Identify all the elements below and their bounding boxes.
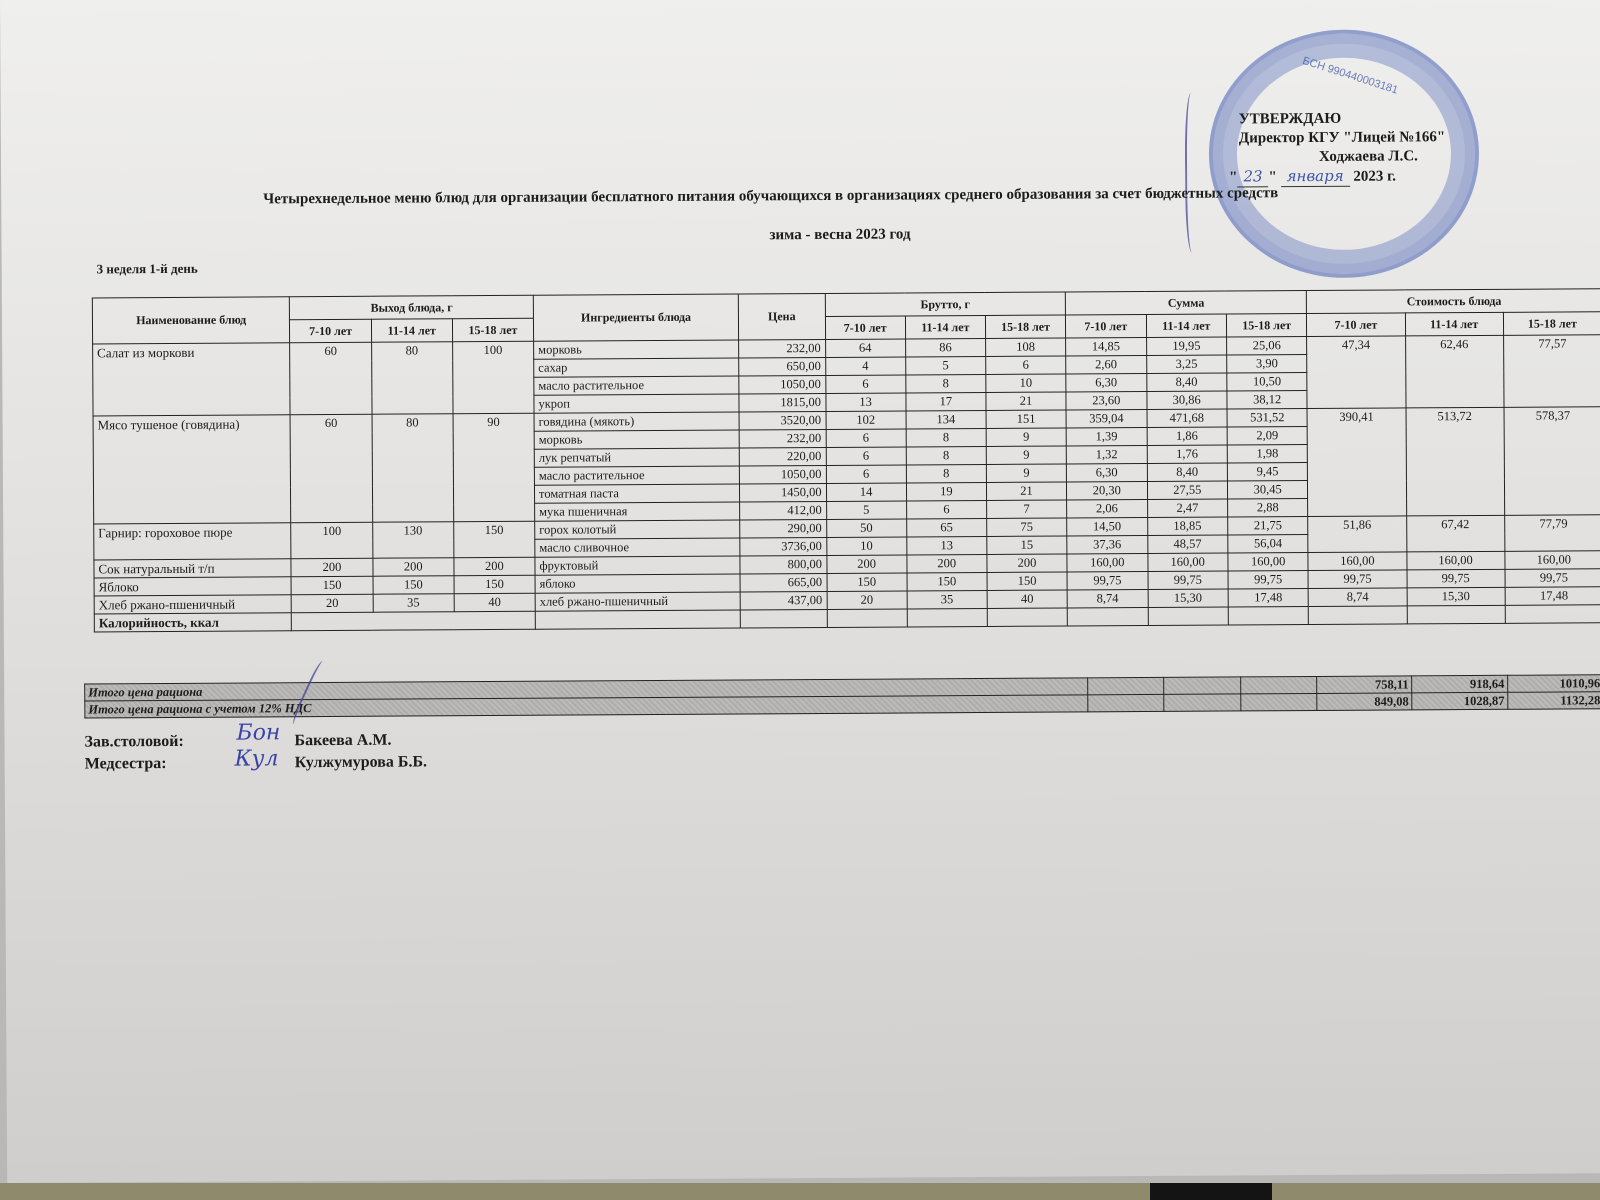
ingredient-gross: 15: [987, 536, 1067, 554]
ingredient-gross: 150: [907, 572, 987, 590]
totals-value: 849,08: [1317, 693, 1412, 711]
ingredient-gross: 150: [827, 573, 907, 591]
ingredient-name: говядина (мякоть): [534, 412, 739, 431]
ingredient-gross: 6: [906, 500, 986, 518]
ingredient-gross: 4: [825, 357, 905, 375]
dish-cost: 17,48: [1505, 587, 1600, 606]
ingredient-gross: 200: [907, 554, 987, 572]
totals-blank: [1241, 693, 1317, 710]
dish-yield: 130: [372, 522, 453, 558]
dish-cost: 99,75: [1308, 570, 1406, 589]
dish-name: Яблоко: [94, 577, 292, 596]
ingredient-sum: 1,86: [1147, 427, 1228, 445]
ingredient-sum: 1,76: [1147, 445, 1228, 463]
totals-value: 1028,87: [1412, 692, 1508, 710]
dish-cost: 160,00: [1308, 552, 1406, 571]
header-sum: Сумма: [1065, 291, 1306, 315]
calorie-blank: [1407, 605, 1505, 624]
dish-cost: 578,37: [1504, 407, 1600, 516]
dish-cost: 51,86: [1308, 516, 1406, 553]
ingredient-sum: 15,30: [1148, 589, 1229, 607]
ingredient-price: 232,00: [739, 339, 826, 358]
dark-object: [1150, 1183, 1272, 1200]
ingredient-sum: 21,75: [1228, 517, 1309, 535]
ingredient-sum: 2,09: [1227, 427, 1308, 445]
ingredient-sum: 2,60: [1066, 356, 1147, 374]
totals-value: 1010,96: [1508, 675, 1600, 693]
ingredient-sum: 14,85: [1066, 338, 1147, 356]
approval-date-year: 2023 г.: [1353, 168, 1396, 184]
dish-yield: 100: [452, 341, 534, 413]
header-price: Цена: [738, 293, 825, 340]
ingredient-gross: 19: [906, 482, 986, 500]
ingredient-name: масло растительное: [534, 466, 739, 485]
ingredient-sum: 18,85: [1147, 517, 1228, 535]
ingredient-sum: 99,75: [1228, 571, 1309, 589]
ingredient-price: 650,00: [739, 357, 826, 376]
dish-cost: 77,57: [1503, 335, 1600, 408]
dish-cost: 15,30: [1407, 587, 1505, 606]
ingredient-gross: 200: [826, 555, 906, 573]
ingredient-price: 437,00: [740, 591, 827, 610]
ingredient-gross: 75: [987, 518, 1067, 536]
director-signature: [1185, 93, 1202, 253]
ingredient-gross: 6: [826, 447, 906, 465]
approval-date: "23" января 2023 г.: [1229, 166, 1445, 187]
dish-cost: 47,34: [1307, 336, 1406, 409]
dish-yield: 90: [453, 413, 535, 521]
ingredient-sum: 56,04: [1228, 535, 1309, 553]
dish-yield: 80: [372, 414, 454, 522]
header-sum-age-2: 15-18 лет: [1226, 314, 1307, 337]
calorie-blank: [740, 609, 827, 628]
ingredient-price: 220,00: [739, 447, 826, 466]
ingredient-sum: 1,32: [1066, 446, 1147, 464]
ingredient-price: 3520,00: [739, 411, 826, 430]
ingredient-gross: 10: [826, 537, 906, 555]
dish-yield: 60: [290, 342, 372, 414]
calorie-blank: [1505, 605, 1600, 624]
ingredient-sum: 17,48: [1228, 589, 1309, 607]
ingredient-price: 1450,00: [740, 483, 827, 502]
ingredient-sum: 471,68: [1147, 409, 1228, 427]
ingredient-gross: 6: [826, 465, 906, 483]
background-surface: [0, 1183, 1600, 1200]
ingredient-gross: 10: [986, 374, 1066, 392]
dish-yield: 40: [454, 593, 535, 611]
ingredient-name: хлеб ржано-пшеничный: [535, 592, 740, 611]
dish-yield: 150: [454, 575, 535, 593]
document-title: Четырехнедельное меню блюд для организац…: [263, 185, 1278, 208]
ingredient-sum: 531,52: [1227, 409, 1308, 427]
ingredient-gross: 6: [825, 375, 905, 393]
totals-value: 1132,28: [1508, 692, 1600, 710]
ingredient-sum: 23,60: [1066, 392, 1147, 410]
calorie-blank: [1228, 607, 1309, 625]
ingredient-gross: 102: [826, 411, 906, 429]
ingredient-price: 1050,00: [739, 465, 826, 484]
ingredient-gross: 40: [987, 590, 1067, 608]
dish-cost: 77,79: [1504, 515, 1600, 552]
ingredient-sum: 8,40: [1146, 373, 1227, 391]
nurse-signature: Кул: [235, 746, 279, 771]
dish-name: Гарнир: гороховое пюре: [94, 523, 292, 560]
ingredient-price: 1050,00: [739, 375, 826, 394]
header-yield-age-1: 11-14 лет: [371, 319, 452, 342]
ingredient-name: масло растительное: [534, 376, 739, 395]
ingredient-name: морковь: [534, 340, 739, 359]
header-cost-age-0: 7-10 лет: [1307, 313, 1405, 337]
ingredient-sum: 48,57: [1147, 535, 1228, 553]
ingredient-gross: 8: [906, 464, 986, 482]
ingredient-gross: 9: [986, 446, 1066, 464]
ingredient-gross: 8: [906, 428, 986, 446]
ingredient-gross: 64: [825, 339, 905, 357]
dish-cost: 62,46: [1405, 335, 1504, 408]
ingredient-sum: 37,36: [1067, 536, 1148, 554]
ingredient-gross: 86: [905, 338, 985, 356]
ingredient-sum: 1,98: [1227, 445, 1308, 463]
dish-yield: 80: [371, 342, 453, 414]
dish-yield: 200: [454, 557, 535, 575]
ingredient-gross: 65: [906, 518, 986, 536]
signature-name: Кулжумурова Б.Б.: [295, 751, 428, 774]
ingredient-sum: 3,25: [1146, 355, 1227, 373]
ingredient-gross: 6: [986, 356, 1066, 374]
signature-name: Бакеева А.М.: [294, 730, 391, 753]
header-sum-age-0: 7-10 лет: [1066, 315, 1147, 338]
ingredient-sum: 38,12: [1227, 391, 1308, 409]
dish-cost: 513,72: [1406, 407, 1505, 516]
header-sum-age-1: 11-14 лет: [1146, 314, 1227, 337]
calorie-blank: [1309, 606, 1407, 625]
totals-blank: [1088, 677, 1164, 694]
totals-blank: [1164, 694, 1240, 711]
ingredient-sum: 160,00: [1147, 553, 1228, 571]
document-subtitle: зима - весна 2023 год: [769, 226, 910, 244]
approval-position: Директор КГУ "Лицей №166": [1239, 128, 1445, 148]
ingredient-gross: 50: [826, 519, 906, 537]
ingredient-name: масло сливочное: [535, 538, 740, 557]
ingredient-sum: 8,74: [1067, 590, 1148, 608]
dish-cost: 99,75: [1407, 569, 1505, 588]
header-gross: Брутто, г: [825, 292, 1066, 316]
ingredient-gross: 35: [907, 590, 987, 608]
ingredient-gross: 14: [826, 483, 906, 501]
ingredient-sum: 9,45: [1227, 463, 1308, 481]
dish-yield: 150: [373, 576, 454, 594]
ingredient-gross: 21: [986, 482, 1066, 500]
ingredient-sum: 6,30: [1066, 374, 1147, 392]
totals-blank: [1088, 694, 1164, 711]
ingredient-name: укроп: [534, 394, 739, 413]
ingredient-price: 800,00: [740, 555, 827, 574]
ingredient-gross: 17: [906, 392, 986, 410]
ingredient-gross: 13: [907, 536, 987, 554]
ingredient-gross: 9: [986, 428, 1066, 446]
dish-cost: 160,00: [1505, 551, 1600, 570]
ingredient-price: 1815,00: [739, 393, 826, 412]
calorie-blank: [987, 608, 1067, 626]
dish-cost: 67,42: [1406, 515, 1504, 552]
menu-table: Наименование блюд Выход блюда, г Ингреди…: [92, 288, 1600, 632]
header-gross-age-0: 7-10 лет: [825, 316, 905, 339]
ingredient-price: 232,00: [739, 429, 826, 448]
ingredient-sum: 27,55: [1147, 481, 1228, 499]
ingredient-gross: 151: [986, 410, 1066, 428]
ingredient-sum: 14,50: [1067, 518, 1148, 536]
ingredient-price: 3736,00: [740, 537, 827, 556]
ingredient-sum: 3,90: [1227, 355, 1308, 373]
ingredient-name: томатная паста: [534, 484, 739, 503]
ingredient-gross: 6: [826, 429, 906, 447]
header-cost-age-1: 11-14 лет: [1405, 312, 1503, 336]
ingredient-sum: 8,40: [1147, 463, 1228, 481]
ingredient-gross: 20: [827, 591, 907, 609]
dish-cost: 99,75: [1505, 569, 1600, 588]
dish-name: Сок натуральный т/п: [94, 559, 292, 578]
dish-yield: 200: [373, 558, 454, 576]
ingredient-sum: 19,95: [1146, 337, 1227, 355]
ingredient-name: сахар: [534, 358, 739, 377]
week-day-label: 3 неделя 1-й день: [97, 261, 198, 278]
calorie-blank: [1148, 607, 1229, 625]
ingredient-sum: 10,50: [1227, 373, 1308, 391]
dish-yield: 150: [291, 576, 372, 594]
ingredient-sum: 99,75: [1148, 571, 1229, 589]
ingredient-sum: 1,39: [1066, 428, 1147, 446]
ingredient-gross: 21: [986, 392, 1066, 410]
dish-yield: 100: [291, 522, 372, 558]
ingredient-sum: 2,06: [1067, 500, 1148, 518]
ingredient-gross: 108: [986, 338, 1066, 356]
header-yield-age-2: 15-18 лет: [452, 318, 533, 341]
dish-cost: 8,74: [1308, 588, 1406, 607]
document-page: БСН 990440003181 УТВЕРЖДАЮ Директор КГУ …: [0, 0, 1600, 1183]
ingredient-gross: 200: [987, 554, 1067, 572]
dish-name: Хлеб ржано-пшеничный: [94, 595, 292, 614]
ingredient-name: мука пшеничная: [535, 502, 740, 521]
ingredient-sum: 6,30: [1066, 464, 1147, 482]
dish-yield: 150: [454, 521, 535, 557]
ingredient-sum: 2,88: [1228, 499, 1309, 517]
totals-value: 758,11: [1317, 676, 1412, 694]
calorie-blank: [827, 609, 907, 627]
ingredient-name: лук репчатый: [534, 448, 739, 467]
totals-blank: [1240, 676, 1316, 693]
ingredient-name: морковь: [534, 430, 739, 449]
ingredient-price: 290,00: [740, 519, 827, 538]
ingredient-gross: 5: [905, 356, 985, 374]
header-gross-age-1: 11-14 лет: [905, 315, 985, 338]
calorie-label: Калорийность, ккал: [94, 613, 292, 632]
ingredient-gross: 134: [906, 410, 986, 428]
approval-block: УТВЕРЖДАЮ Директор КГУ "Лицей №166" Ходж…: [1239, 109, 1446, 187]
dish-cost: 390,41: [1307, 408, 1406, 517]
ingredient-sum: 359,04: [1066, 410, 1147, 428]
header-cost-age-2: 15-18 лет: [1503, 312, 1600, 336]
dish-name: Салат из моркови: [93, 343, 291, 416]
dish-yield: 200: [291, 558, 372, 576]
totals-blank: [1164, 677, 1240, 694]
approval-name: Ходжаева Л.С.: [1319, 147, 1445, 167]
ingredient-sum: 20,30: [1067, 482, 1148, 500]
ingredient-name: яблоко: [535, 574, 740, 593]
header-dish-name: Наименование блюд: [92, 297, 290, 344]
header-ingredients: Ингредиенты блюда: [533, 294, 738, 341]
menu-table-body: Салат из моркови6080100морковь232,006486…: [93, 335, 1600, 632]
ingredient-sum: 160,00: [1228, 553, 1309, 571]
dish-cost: 160,00: [1406, 551, 1504, 570]
ingredient-gross: 8: [906, 446, 986, 464]
ingredient-sum: 99,75: [1067, 572, 1148, 590]
calorie-blank: [535, 610, 740, 629]
ingredient-gross: 9: [986, 464, 1066, 482]
ingredient-name: фруктовый: [535, 556, 740, 575]
header-gross-age-2: 15-18 лет: [985, 315, 1065, 338]
ingredient-sum: 30,86: [1146, 391, 1227, 409]
calorie-blank: [292, 611, 536, 630]
header-yield: Выход блюда, г: [290, 295, 534, 319]
ingredient-sum: 2,47: [1147, 499, 1228, 517]
head-of-canteen-signature: Бон: [236, 720, 280, 745]
ingredient-sum: 30,45: [1227, 481, 1308, 499]
dish-yield: 60: [291, 414, 373, 522]
ingredient-name: горох колотый: [535, 520, 740, 539]
ingredient-sum: 25,06: [1227, 337, 1308, 355]
header-cost: Стоимость блюда: [1307, 289, 1600, 314]
ingredient-sum: 160,00: [1067, 554, 1148, 572]
ingredient-gross: 150: [987, 572, 1067, 590]
totals-value: 918,64: [1412, 675, 1508, 693]
header-yield-age-0: 7-10 лет: [290, 319, 371, 342]
stamp-text: БСН 990440003181: [1301, 55, 1399, 97]
approval-heading: УТВЕРЖДАЮ: [1239, 109, 1445, 129]
dish-yield: 20: [292, 594, 373, 612]
ingredient-gross: 7: [986, 500, 1066, 518]
ingredient-price: 412,00: [740, 501, 827, 520]
ingredient-price: 665,00: [740, 573, 827, 592]
approval-date-month: января: [1281, 167, 1350, 187]
ingredient-gross: 8: [906, 374, 986, 392]
calorie-blank: [1067, 608, 1148, 626]
calorie-blank: [907, 608, 987, 626]
dish-yield: 35: [373, 594, 454, 612]
dish-name: Мясо тушеное (говядина): [93, 415, 291, 524]
ingredient-gross: 13: [825, 393, 905, 411]
ingredient-gross: 5: [826, 501, 906, 519]
